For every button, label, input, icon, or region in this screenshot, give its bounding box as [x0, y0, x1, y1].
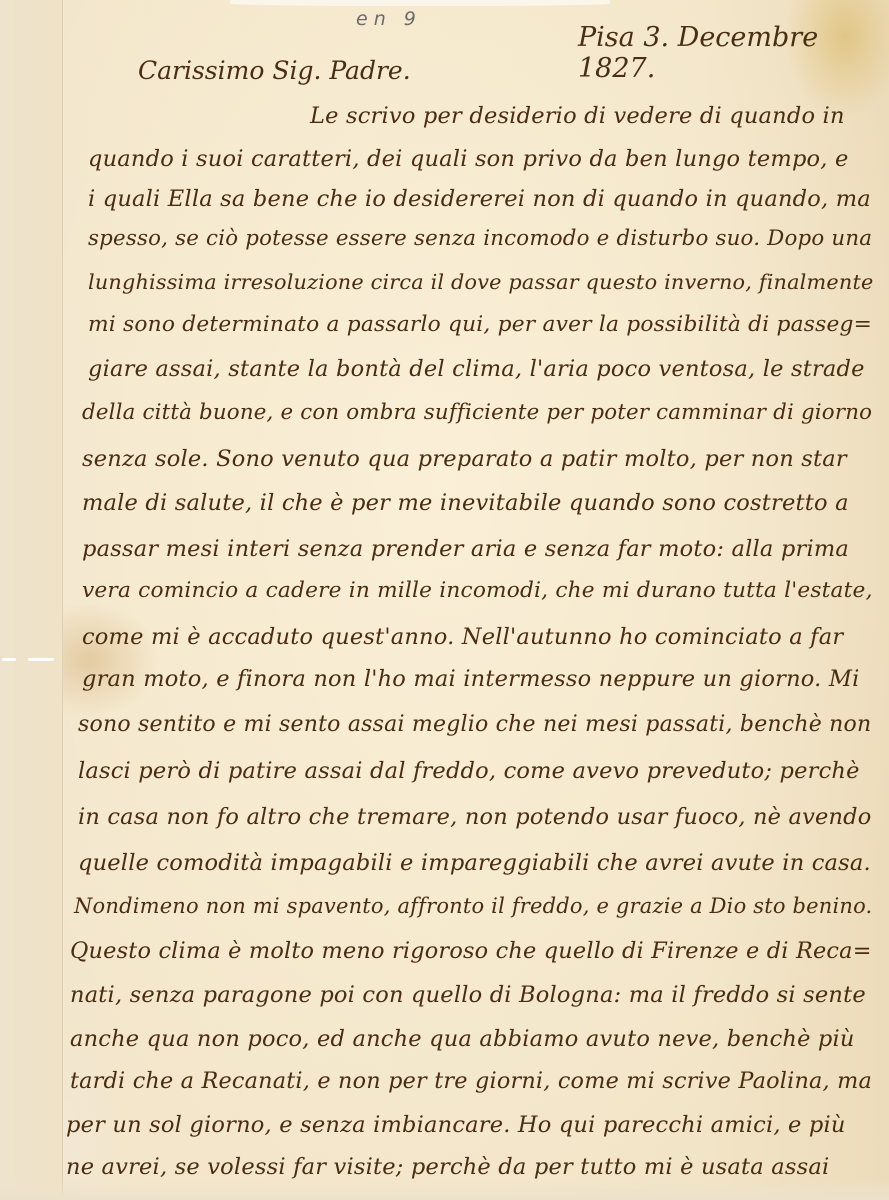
letter-line: in casa non fo altro che tremare, non po… [78, 804, 872, 830]
paper-hole [28, 658, 54, 661]
letter-line: ne avrei, se volessi far visite; perchè … [66, 1154, 829, 1180]
paper-bottom-edge [0, 1180, 889, 1200]
paper-hole [2, 658, 16, 661]
paper-tear [230, 0, 610, 6]
letter-page: en 9 Pisa 3. Decembre 1827. Carissimo Si… [0, 0, 889, 1200]
letter-line: Nondimeno non mi spavento, affronto il f… [74, 894, 872, 918]
letter-line: tardi che a Recanati, e non per tre gior… [70, 1068, 872, 1094]
letter-line: vera comincio a cadere in mille incomodi… [82, 578, 873, 603]
letter-line: anche qua non poco, ed anche qua abbiamo… [70, 1026, 855, 1052]
archive-pencil-mark: en 9 [356, 8, 422, 30]
letter-line: nati, senza paragone poi con quello di B… [70, 982, 866, 1008]
salutation: Carissimo Sig. Padre. [138, 56, 411, 85]
paper-margin-strip [0, 0, 63, 1200]
letter-line: Le scrivo per desiderio di vedere di qua… [310, 103, 845, 129]
letter-line: della città buone, e con ombra sufficien… [82, 400, 872, 425]
letter-line: come mi è accaduto quest'anno. Nell'autu… [82, 624, 843, 650]
letter-line: giare assai, stante la bontà del clima, … [88, 356, 865, 382]
letter-line: spesso, se ciò potesse essere senza inco… [88, 226, 872, 251]
letter-line: mi sono determinato a passarlo qui, per … [88, 312, 872, 337]
letter-line: i quali Ella sa bene che io desidererei … [88, 186, 871, 212]
letter-line: senza sole. Sono venuto qua preparato a … [82, 446, 847, 472]
dateline: Pisa 3. Decembre 1827. [578, 22, 889, 84]
letter-line: per un sol giorno, e senza imbiancare. H… [66, 1112, 846, 1138]
letter-line: lunghissima irresoluzione circa il dove … [88, 270, 873, 294]
letter-line: lasci però di patire assai dal freddo, c… [78, 758, 860, 784]
letter-line: male di salute, il che è per me inevitab… [82, 490, 849, 516]
letter-line: Questo clima è molto meno rigoroso che q… [70, 938, 872, 964]
letter-line: gran moto, e finora non l'ho mai interme… [82, 666, 859, 692]
letter-line: quelle comodità impagabili e impareggiab… [78, 850, 871, 876]
letter-line: quando i suoi caratteri, dei quali son p… [88, 146, 849, 172]
letter-line: sono sentito e mi sento assai meglio che… [78, 712, 871, 737]
letter-line: passar mesi interi senza prender aria e … [82, 536, 849, 562]
